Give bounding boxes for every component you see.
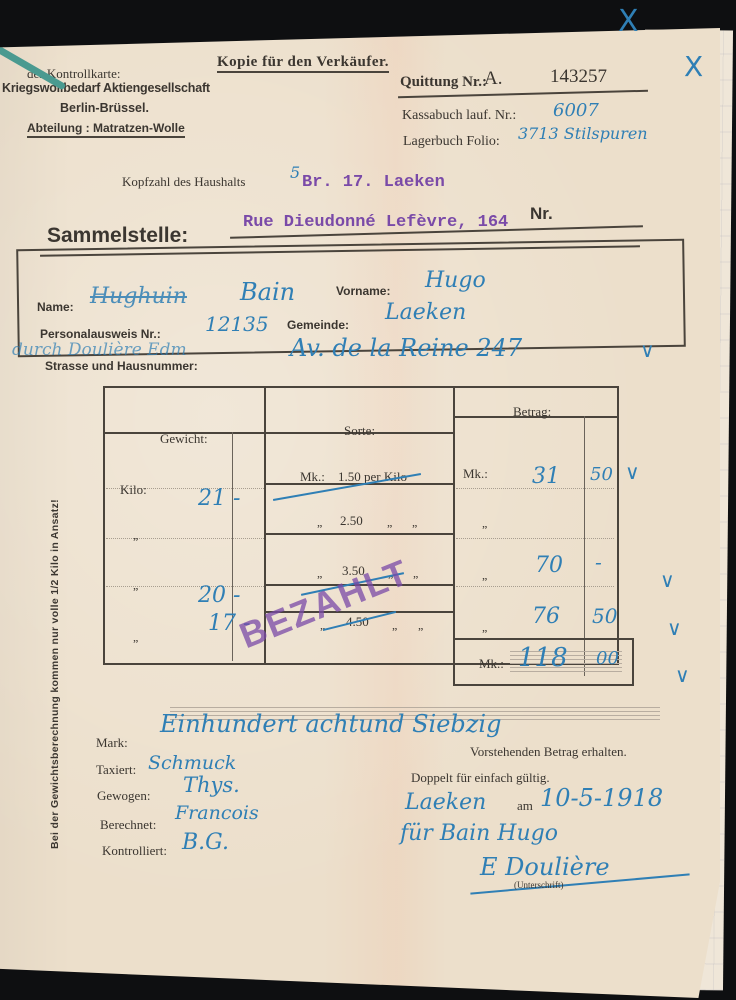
name-label: Name: bbox=[37, 300, 74, 314]
strasse-note: durch Doulière Edm bbox=[12, 340, 187, 360]
sorte-row-divider bbox=[266, 533, 453, 535]
copy-title: Kopie für den Verkäufer. bbox=[217, 54, 389, 73]
ditto-mark: „ bbox=[387, 515, 392, 530]
ditto-mark: „ bbox=[413, 566, 418, 581]
company-city: Berlin-Brüssel. bbox=[60, 101, 149, 115]
tick-mark: ∨ bbox=[667, 616, 682, 640]
row4-pf: 50 bbox=[592, 604, 617, 628]
place-value: Laeken bbox=[405, 790, 486, 815]
tick-mark: ∨ bbox=[640, 338, 655, 362]
kopfzahl-label: Kopfzahl des Haushalts bbox=[122, 174, 245, 190]
vorname-label: Vorname: bbox=[336, 284, 390, 298]
ditto-mark: „ bbox=[133, 578, 138, 593]
row1-betrag: 31 bbox=[532, 464, 560, 489]
receipt-series: A. bbox=[484, 68, 502, 90]
col-divider-2 bbox=[453, 386, 455, 663]
ditto-mark: „ bbox=[133, 528, 138, 543]
ditto-mark: „ bbox=[482, 620, 487, 635]
dotted-line bbox=[456, 538, 614, 540]
berechnet-value: Francois bbox=[175, 802, 259, 824]
gewogen-label: Gewogen: bbox=[97, 788, 150, 804]
kassabuch-value: 6007 bbox=[553, 100, 599, 121]
ditto-mark: „ bbox=[317, 515, 322, 530]
ausweis-label: Personalausweis Nr.: bbox=[40, 327, 161, 341]
taxiert-value: Schmuck bbox=[148, 752, 236, 774]
gemeinde-value: Laeken bbox=[385, 300, 466, 325]
mark-label: Mark: bbox=[96, 735, 128, 751]
ditto-mark: „ bbox=[412, 515, 417, 530]
mark-value: Einhundert achtund Siebzig bbox=[160, 710, 501, 738]
row3-betrag: 70 bbox=[535, 553, 563, 578]
signature-label: (Unterschrift) bbox=[514, 880, 563, 890]
kontrolliert-value: B.G. bbox=[182, 830, 229, 855]
table-header-divider bbox=[103, 432, 453, 434]
total-label: Mk.: bbox=[479, 656, 504, 672]
taxiert-label: Taxiert: bbox=[96, 762, 136, 778]
tick-mark: ∨ bbox=[660, 568, 675, 592]
ausweis-value: 12135 bbox=[205, 312, 269, 336]
row2-sorte: 2.50 bbox=[340, 513, 363, 529]
dotted-line bbox=[106, 538, 264, 540]
receipt-number: 143257 bbox=[550, 66, 607, 88]
ditto-mark: „ bbox=[482, 568, 487, 583]
cross-mark: X bbox=[618, 4, 639, 39]
ditto-mark: „ bbox=[133, 630, 138, 645]
receipt-label: Quittung Nr.: bbox=[400, 74, 487, 91]
tick-mark: ∨ bbox=[625, 460, 640, 484]
signature-value: E Doulière bbox=[480, 853, 610, 881]
strasse-label: Strasse und Hausnummer: bbox=[45, 359, 198, 373]
receipt-underline bbox=[398, 90, 648, 99]
received-text: Vorstehenden Betrag erhalten. bbox=[470, 744, 627, 760]
row1-mk-label: Mk.: bbox=[463, 466, 488, 482]
kontrolliert-label: Kontrolliert: bbox=[102, 843, 167, 859]
company-name: Kriegswollbedarf Aktiengesellschaft bbox=[2, 81, 210, 95]
sammelstelle-label: Sammelstelle: bbox=[47, 224, 188, 248]
lagerbuch-value: 3713 Stilspuren bbox=[518, 124, 648, 143]
name-value: Bain bbox=[240, 278, 295, 306]
gemeinde-label: Gemeinde: bbox=[287, 318, 349, 332]
row3-kilo: 20 - bbox=[198, 583, 240, 608]
nr-label: Nr. bbox=[530, 204, 553, 224]
for-value: für Bain Hugo bbox=[400, 821, 558, 846]
total-pf: 00 bbox=[596, 648, 619, 669]
header-gewicht: Gewicht: bbox=[160, 431, 208, 447]
vorname-value: Hugo bbox=[425, 268, 486, 293]
department: Abteilung : Matratzen-Wolle bbox=[27, 121, 185, 138]
stamp-branch: Br. 17. Laeken bbox=[302, 173, 445, 192]
lagerbuch-label: Lagerbuch Folio: bbox=[403, 134, 500, 150]
ditto-mark: „ bbox=[392, 618, 397, 633]
pf-sub-divider bbox=[584, 416, 585, 676]
kilo-label: Kilo: bbox=[120, 482, 147, 498]
ditto-mark: „ bbox=[482, 516, 487, 531]
side-note: Bei der Gewichtsberechnung kommen nur vo… bbox=[49, 439, 61, 909]
tick-mark: ∨ bbox=[675, 663, 690, 687]
dotted-line bbox=[456, 586, 614, 588]
date-value: 10-5-1918 bbox=[540, 784, 663, 812]
header-sorte: Sorte: bbox=[344, 423, 375, 439]
berechnet-label: Berechnet: bbox=[100, 817, 156, 833]
kopfzahl-value: 5 bbox=[290, 163, 300, 182]
ditto-mark: „ bbox=[418, 618, 423, 633]
gewogen-value: Thys. bbox=[183, 773, 240, 797]
row1-pf: 50 bbox=[590, 464, 613, 485]
row1-sorte-prefix: Mk.: bbox=[300, 469, 325, 485]
ditto-mark: „ bbox=[317, 566, 322, 581]
row1-kilo: 21 - bbox=[198, 486, 240, 511]
duplicate-text: Doppelt für einfach gültig. bbox=[411, 770, 550, 786]
total-value: 118 bbox=[518, 643, 568, 673]
header-betrag: Betrag: bbox=[513, 404, 551, 420]
row3-pf: - bbox=[595, 550, 602, 574]
cross-mark: X bbox=[684, 50, 703, 83]
receipt-document: der Kontrollkarte: Kriegswollbedarf Akti… bbox=[0, 28, 720, 998]
kassabuch-label: Kassabuch lauf. Nr.: bbox=[402, 108, 516, 124]
row4-betrag: 76 bbox=[532, 604, 560, 629]
strasse-value: Av. de la Reine 247 bbox=[290, 334, 522, 362]
am-label: am bbox=[517, 798, 533, 814]
name-struck: Hughuin bbox=[90, 284, 187, 309]
